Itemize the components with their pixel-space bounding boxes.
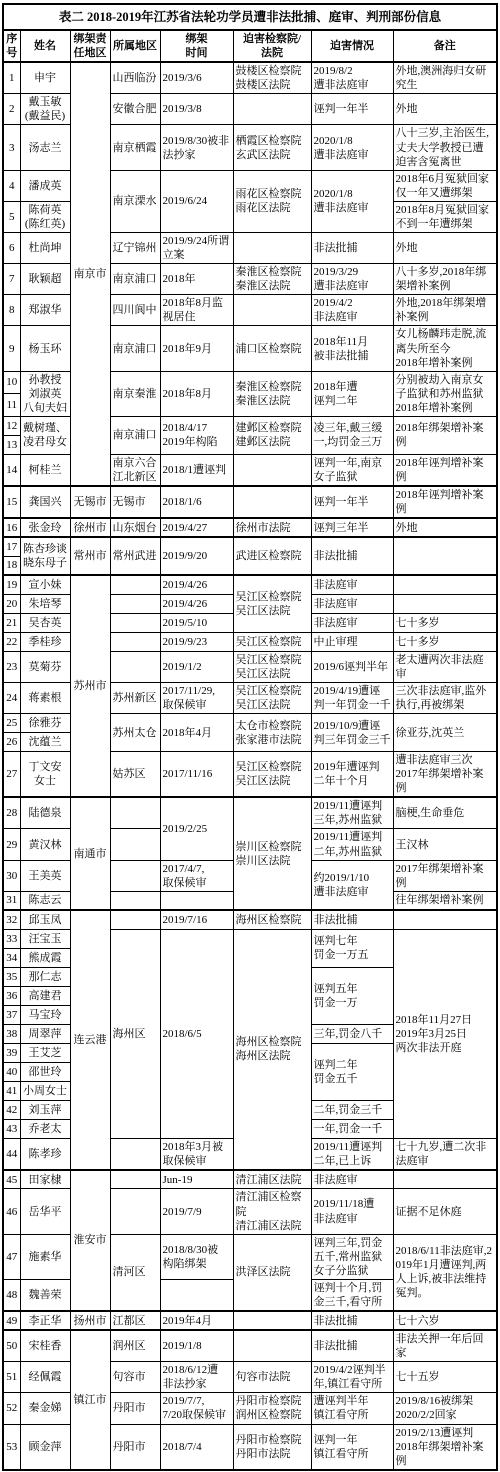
table-head: 表二 2018-2019年江苏省法轮功学员遭非法批捕、庭审、判刑部份信息序号姓名… bbox=[3, 4, 497, 62]
persecution-cell: 非法批捕 bbox=[311, 233, 393, 264]
district-cell bbox=[110, 1138, 160, 1170]
row-number-cell: 14 bbox=[3, 454, 20, 486]
column-header: 迫害检察院/ 法院 bbox=[233, 30, 311, 62]
row-number-cell: 44 bbox=[3, 1138, 20, 1170]
note-cell: 分别被劫入南京女子监狱和苏州监狱 2018年增补案例 bbox=[393, 371, 497, 416]
time-cell: 2019/6/24 bbox=[160, 170, 233, 232]
row-number-cell: 22 bbox=[3, 632, 20, 651]
name-cell: 孙教授 刘淑英 八旬夫妇 bbox=[20, 371, 70, 416]
note-cell: 2017年绑架增补案例 bbox=[393, 860, 497, 891]
note-cell: 2018年8月冤狱回家不到一年遭绑架 bbox=[393, 201, 497, 232]
district-cell: 丹阳市 bbox=[110, 1393, 160, 1424]
name-cell: 莫菊芬 bbox=[20, 651, 70, 682]
persecution-cell: 诬判三年,罚金五千,常州监狱女子分监狱 bbox=[311, 1234, 393, 1279]
persecution-cell: 约2019/1/10 遭非法庭审 bbox=[311, 860, 393, 910]
row-number-cell: 42 bbox=[3, 1100, 20, 1119]
note-cell: 非法关押一年后回家 bbox=[393, 1330, 497, 1362]
court-cell: 句容市法院 bbox=[233, 1362, 311, 1393]
time-cell: 2019年4月 bbox=[160, 1311, 233, 1330]
region-cell: 南京市 bbox=[70, 62, 110, 486]
name-cell: 龚国兴 bbox=[20, 486, 70, 518]
row-number-cell: 33 bbox=[3, 929, 20, 948]
name-cell: 陈孝珍 bbox=[20, 1138, 70, 1170]
time-cell: 2018/6/5 bbox=[160, 929, 233, 1138]
district-cell: 南京浦口 bbox=[110, 416, 160, 454]
time-cell: 2019/4/26 bbox=[160, 594, 233, 613]
district-cell bbox=[110, 575, 160, 594]
row-number-cell: 12 bbox=[3, 416, 20, 435]
note-cell: 王汉林 bbox=[393, 829, 497, 860]
row-number-cell: 16 bbox=[3, 518, 20, 537]
court-cell bbox=[233, 295, 311, 326]
name-cell: 杜尚坤 bbox=[20, 233, 70, 264]
persecution-cell: 诬判五年 罚金一万 bbox=[311, 967, 393, 1024]
name-cell: 田家棣 bbox=[20, 1170, 70, 1189]
persecution-cell: 诬判二年 罚金五千 bbox=[311, 1043, 393, 1100]
name-cell: 杨玉环 bbox=[20, 326, 70, 371]
district-cell: 姑苏区 bbox=[110, 752, 160, 798]
district-cell: 南京溧水 bbox=[110, 170, 160, 232]
name-cell: 郑淑华 bbox=[20, 295, 70, 326]
persecution-cell: 非法批捕 bbox=[311, 910, 393, 929]
note-cell: 外地 bbox=[393, 518, 497, 537]
table-row: 16张金玲徐州市山东烟台2019/4/27徐州市法院诬判三年半外地 bbox=[3, 518, 497, 537]
table-row: 32邱玉凤连云港2019/7/16海州区检察院非法批捕 bbox=[3, 910, 497, 929]
time-cell: 2018/4/17 2019年构陷 bbox=[160, 416, 233, 454]
district-cell: 四川阆中 bbox=[110, 295, 160, 326]
name-cell: 季桂珍 bbox=[20, 632, 70, 651]
name-cell: 陈荷英 (陈红英) bbox=[20, 201, 70, 232]
persecution-cell: 2019/4/2 非法庭审 bbox=[311, 295, 393, 326]
time-cell: 2018年4月 bbox=[160, 714, 233, 752]
persecution-cell: 二年,罚金三千 bbox=[311, 1100, 393, 1119]
table-row: 1申宇南京市山西临汾2019/3/6鼓楼区检察院 鼓楼区法院2019/8/2 遭… bbox=[3, 62, 497, 94]
district-cell: 南京浦口 bbox=[110, 326, 160, 371]
persecution-cell: 中止审理 bbox=[311, 632, 393, 651]
district-cell bbox=[110, 594, 160, 613]
court-cell: 海州区检察院 海州区法院 bbox=[233, 929, 311, 1170]
time-cell: 2019/7/16 bbox=[160, 910, 233, 929]
name-cell: 戴玉敏 (戴益民) bbox=[20, 94, 70, 125]
persecution-cell: 三年,罚金八千 bbox=[311, 1024, 393, 1043]
column-header: 姓名 bbox=[20, 30, 70, 62]
court-cell: 清江浦区法院 bbox=[233, 1170, 311, 1189]
name-cell: 乔老太 bbox=[20, 1119, 70, 1138]
note-cell: 七十五岁 bbox=[393, 1362, 497, 1393]
row-number-cell: 26 bbox=[3, 733, 20, 752]
row-number-cell: 34 bbox=[3, 948, 20, 967]
district-cell: 山东烟台 bbox=[110, 518, 160, 537]
row-number-cell: 4 bbox=[3, 170, 20, 201]
table-row: 50宋桂香镇江市润州区2019/1/8非法批捕非法关押一年后回家 bbox=[3, 1330, 497, 1362]
district-cell: 句容市 bbox=[110, 1362, 160, 1393]
persecution-cell: 非法批捕 bbox=[311, 1330, 393, 1362]
name-cell: 秦金娣 bbox=[20, 1393, 70, 1424]
time-cell: 2019/9/20 bbox=[160, 537, 233, 575]
district-cell: 清河区 bbox=[110, 1234, 160, 1311]
time-cell: 2018/6/12遭 非法抄家 bbox=[160, 1362, 233, 1393]
name-cell: 施素华 bbox=[20, 1234, 70, 1279]
note-cell bbox=[393, 575, 497, 594]
persecution-cell: 非法批捕 bbox=[311, 537, 393, 575]
region-cell: 苏州市 bbox=[70, 575, 110, 797]
time-cell: 2019/2/25 bbox=[160, 797, 233, 860]
row-number-cell: 38 bbox=[3, 1024, 20, 1043]
note-cell: 2018年11月27日 2019年3月25日 两次非法开庭 bbox=[393, 929, 497, 1138]
persecution-cell: 2019/4/2诬判半年,镇江看守所 bbox=[311, 1362, 393, 1393]
district-cell: 无锡市 bbox=[110, 486, 160, 518]
court-cell bbox=[233, 486, 311, 518]
note-cell: 三次非法庭审,监外执行,再被绑架 bbox=[393, 682, 497, 713]
name-cell: 李正华 bbox=[20, 1311, 70, 1330]
district-cell: 南京浦口 bbox=[110, 264, 160, 295]
row-number-cell: 37 bbox=[3, 1005, 20, 1024]
court-cell: 崇川区检察院 崇川区法院 bbox=[233, 797, 311, 910]
note-cell bbox=[393, 537, 497, 575]
time-cell: 2018/8/30被 构陷绑架 bbox=[160, 1234, 233, 1279]
row-number-cell: 25 bbox=[3, 714, 20, 733]
row-number-cell: 46 bbox=[3, 1189, 20, 1234]
persecution-cell: 2019/11/18遭 非法庭审 bbox=[311, 1189, 393, 1234]
row-number-cell: 52 bbox=[3, 1393, 20, 1424]
note-cell: 女儿杨麟玮走脱,流离失所至今 2018年增补案例 bbox=[393, 326, 497, 371]
column-header: 序号 bbox=[3, 30, 20, 62]
row-number-cell: 48 bbox=[3, 1279, 20, 1311]
name-cell: 黄汉林 bbox=[20, 829, 70, 860]
note-cell: 外地,2018年绑架增补案例 bbox=[393, 295, 497, 326]
court-cell: 洪泽区法院 bbox=[233, 1234, 311, 1311]
persecution-cell: 诬判一年半 bbox=[311, 486, 393, 518]
persecution-cell: 非法庭审 bbox=[311, 613, 393, 632]
persecution-cell: 一年,罚金一千 bbox=[311, 1119, 393, 1138]
district-cell: 苏州太仓 bbox=[110, 714, 160, 752]
note-cell: 2018年6月冤狱回家仅一年又遭绑架 bbox=[393, 170, 497, 201]
name-cell: 王美英 bbox=[20, 860, 70, 891]
note-cell: 2018年诬判增补案例 bbox=[393, 454, 497, 486]
table-row: 49李正华扬州市江都区2019年4月非法批捕七十六岁 bbox=[3, 1311, 497, 1330]
region-cell: 镇江市 bbox=[70, 1330, 110, 1470]
persecution-cell: 诬判七年 罚金一万五 bbox=[311, 929, 393, 967]
note-cell: 脑梗,生命垂危 bbox=[393, 797, 497, 829]
court-cell: 秦淮区检察院 秦淮区法院 bbox=[233, 371, 311, 416]
note-cell: 徐亚芬,沈英兰 bbox=[393, 714, 497, 752]
row-number-cell: 32 bbox=[3, 910, 20, 929]
court-cell: 浦口区检察院 bbox=[233, 326, 311, 371]
court-cell: 建邺区检察院 建邺区法院 bbox=[233, 416, 311, 454]
time-cell bbox=[160, 1279, 233, 1311]
district-cell bbox=[110, 1170, 160, 1189]
persecution-cell: 诬判一年 镇江看守所 bbox=[311, 1424, 393, 1470]
row-number-cell: 21 bbox=[3, 613, 20, 632]
district-cell bbox=[110, 891, 160, 910]
name-cell: 申宇 bbox=[20, 62, 70, 94]
court-cell: 海州区检察院 bbox=[233, 910, 311, 929]
table-title: 表二 2018-2019年江苏省法轮功学员遭非法批捕、庭审、判刑部份信息 bbox=[3, 4, 497, 30]
time-cell: 2019/3/6 bbox=[160, 62, 233, 94]
name-cell: 魏善荣 bbox=[20, 1279, 70, 1311]
note-cell bbox=[393, 1170, 497, 1189]
district-cell: 苏州新区 bbox=[110, 682, 160, 713]
row-number-cell: 13 bbox=[3, 435, 20, 454]
note-cell: 2018/6/11非法庭审,2019年1月遭诬判,两人上诉,被非法维持冤判。 bbox=[393, 1234, 497, 1311]
time-cell: 2019/9/23 bbox=[160, 632, 233, 651]
name-cell: 张金玲 bbox=[20, 518, 70, 537]
name-cell: 朱培琴 bbox=[20, 594, 70, 613]
persecution-cell: 凌三年,戴三缓一,均罚金三万 bbox=[311, 416, 393, 454]
time-cell: 2018年8月 bbox=[160, 371, 233, 416]
name-cell: 沈蕴兰 bbox=[20, 733, 70, 752]
row-number-cell: 27 bbox=[3, 752, 20, 798]
persecution-table: 表二 2018-2019年江苏省法轮功学员遭非法批捕、庭审、判刑部份信息序号姓名… bbox=[2, 3, 498, 1471]
name-cell: 耿颖超 bbox=[20, 264, 70, 295]
court-cell: 清江浦区检察院 清江浦区法院 bbox=[233, 1189, 311, 1234]
time-cell: 2019/9/24所谓立案 bbox=[160, 233, 233, 264]
row-number-cell: 11 bbox=[3, 394, 20, 417]
name-cell: 陈杏珍谈 晓东母子 bbox=[20, 537, 70, 575]
name-cell: 戴树瑾、 凌君母女 bbox=[20, 416, 70, 454]
time-cell: 2019/1/8 bbox=[160, 1330, 233, 1362]
persecution-cell: 非法庭审 bbox=[311, 594, 393, 613]
name-cell: 那仁志 bbox=[20, 967, 70, 986]
persecution-cell: 2019/11遭诬判三年,苏州监狱 bbox=[311, 797, 393, 829]
court-cell: 吴江区检察院 吴江区法院 bbox=[233, 682, 311, 713]
persecution-cell: 诬判十个月,罚金三千,看守所 bbox=[311, 1279, 393, 1311]
name-cell: 邵世玲 bbox=[20, 1062, 70, 1081]
note-cell: 2018年诬判增补案例 bbox=[393, 486, 497, 518]
time-cell: 2018年3月被 取保候审 bbox=[160, 1138, 233, 1170]
name-cell: 顾金萍 bbox=[20, 1424, 70, 1470]
persecution-cell: 2019/6诬判半年 bbox=[311, 651, 393, 682]
district-cell bbox=[110, 829, 160, 860]
persecution-cell: 2019/11遭诬判二年,苏州监狱 bbox=[311, 829, 393, 860]
court-cell bbox=[233, 94, 311, 125]
district-cell bbox=[110, 651, 160, 682]
name-cell: 汤志兰 bbox=[20, 125, 70, 170]
row-number-cell: 28 bbox=[3, 797, 20, 829]
persecution-cell: 2019/10/9遭诬判三年罚金三千 bbox=[311, 714, 393, 752]
table-row: 45田家棣淮安市Jun-19清江浦区法院非法庭审 bbox=[3, 1170, 497, 1189]
district-cell bbox=[110, 613, 160, 632]
row-number-cell: 1 bbox=[3, 62, 20, 94]
name-cell: 刘玉萍 bbox=[20, 1100, 70, 1119]
persecution-cell: 非法批捕 bbox=[311, 1311, 393, 1330]
name-cell: 宣小妹 bbox=[20, 575, 70, 594]
name-cell: 周翠萍 bbox=[20, 1024, 70, 1043]
time-cell: 2018/7/4 bbox=[160, 1424, 233, 1470]
persecution-cell: 诬判一年半 bbox=[311, 94, 393, 125]
row-number-cell: 15 bbox=[3, 486, 20, 518]
time-cell: 2018年8月监视居住 bbox=[160, 295, 233, 326]
time-cell: 2019/1/2 bbox=[160, 651, 233, 682]
time-cell: Jun-19 bbox=[160, 1170, 233, 1189]
note-cell bbox=[393, 910, 497, 929]
name-cell: 丁文安 女士 bbox=[20, 752, 70, 798]
district-cell: 海州区 bbox=[110, 929, 160, 1138]
court-cell: 吴江区检察院 吴江区法院 bbox=[233, 575, 311, 632]
court-cell bbox=[233, 454, 311, 486]
table-row: 19宣小妹苏州市2019/4/26吴江区检察院 吴江区法院非法庭审 bbox=[3, 575, 497, 594]
persecution-cell: 2019/3/29 遭非法庭审 bbox=[311, 264, 393, 295]
court-cell: 太仓市检察院 张家港市法院 bbox=[233, 714, 311, 752]
persecution-cell: 非法庭审 bbox=[311, 1170, 393, 1189]
time-cell: 2018年 bbox=[160, 264, 233, 295]
note-cell: 2018年绑架增补案例 bbox=[393, 416, 497, 454]
persecution-cell: 诬判三年半 bbox=[311, 518, 393, 537]
region-cell: 无锡市 bbox=[70, 486, 110, 518]
court-cell bbox=[233, 1330, 311, 1362]
row-number-cell: 24 bbox=[3, 682, 20, 713]
row-number-cell: 5 bbox=[3, 201, 20, 232]
row-number-cell: 18 bbox=[3, 556, 20, 575]
time-cell: 2017/11/16 bbox=[160, 752, 233, 798]
row-number-cell: 2 bbox=[3, 94, 20, 125]
note-cell: 老太遭两次非法庭审 bbox=[393, 651, 497, 682]
name-cell: 柯桂兰 bbox=[20, 454, 70, 486]
note-cell: 遭非法庭审三次 2017年绑架增补案例 bbox=[393, 752, 497, 798]
persecution-cell: 遭诬判半年 镇江看守所 bbox=[311, 1393, 393, 1424]
time-cell: 2018/1/6 bbox=[160, 486, 233, 518]
row-number-cell: 10 bbox=[3, 371, 20, 394]
note-cell: 2019/2/13遭诬判 2018年绑架增补案例 bbox=[393, 1424, 497, 1470]
court-cell bbox=[233, 1311, 311, 1330]
time-cell: 2017/11/29, 取保候审 bbox=[160, 682, 233, 713]
row-number-cell: 43 bbox=[3, 1119, 20, 1138]
name-cell: 蒋素根 bbox=[20, 682, 70, 713]
district-cell: 丹阳市 bbox=[110, 1424, 160, 1470]
note-cell bbox=[393, 594, 497, 613]
time-cell: 2019/7/7, 7/20取保候审 bbox=[160, 1393, 233, 1424]
time-cell: 2019/5/10 bbox=[160, 613, 233, 632]
row-number-cell: 36 bbox=[3, 986, 20, 1005]
region-cell: 南通市 bbox=[70, 797, 110, 910]
district-cell: 江都区 bbox=[110, 1311, 160, 1330]
court-cell: 雨花区检察院 雨花区法院 bbox=[233, 170, 311, 232]
persecution-cell: 2019/4/19遭诬判一年罚金一千 bbox=[311, 682, 393, 713]
name-cell: 陈志云 bbox=[20, 891, 70, 910]
row-number-cell: 6 bbox=[3, 233, 20, 264]
note-cell: 七十九岁,遭二次非法庭审 bbox=[393, 1138, 497, 1170]
name-cell: 高建君 bbox=[20, 986, 70, 1005]
district-cell: 辽宁锦州 bbox=[110, 233, 160, 264]
court-cell: 丹阳市检察院 润州区检察院 bbox=[233, 1393, 311, 1424]
note-cell: 外地,澳洲海归女研究生 bbox=[393, 62, 497, 94]
row-number-cell: 23 bbox=[3, 651, 20, 682]
time-cell bbox=[160, 891, 233, 910]
district-cell: 山西临汾 bbox=[110, 62, 160, 94]
name-cell: 熊成霞 bbox=[20, 948, 70, 967]
region-cell: 常州市 bbox=[70, 537, 110, 575]
note-cell: 七十多岁 bbox=[393, 613, 497, 632]
region-cell: 徐州市 bbox=[70, 518, 110, 537]
time-cell: 2018年9月 bbox=[160, 326, 233, 371]
row-number-cell: 9 bbox=[3, 326, 20, 371]
row-number-cell: 31 bbox=[3, 891, 20, 910]
note-cell: 外地 bbox=[393, 94, 497, 125]
district-cell: 常州武进 bbox=[110, 537, 160, 575]
time-cell: 2019/8/30被非法抄家 bbox=[160, 125, 233, 170]
region-cell: 连云港 bbox=[70, 910, 110, 1170]
name-cell: 马宝玲 bbox=[20, 1005, 70, 1024]
row-number-cell: 40 bbox=[3, 1062, 20, 1081]
note-cell: 七十多岁 bbox=[393, 632, 497, 651]
name-cell: 王艾芝 bbox=[20, 1043, 70, 1062]
court-cell bbox=[233, 233, 311, 264]
district-cell: 南京六合 江北新区 bbox=[110, 454, 160, 486]
table-row: 17陈杏珍谈 晓东母子常州市常州武进2019/9/20武进区检察院非法批捕 bbox=[3, 537, 497, 556]
persecution-cell: 2019/11遭诬判二年,已上诉 bbox=[311, 1138, 393, 1170]
time-cell: 2017/4/7, 取保候审 bbox=[160, 860, 233, 891]
persecution-cell: 2018年遭 诬判二年 bbox=[311, 371, 393, 416]
time-cell: 2019/3/8 bbox=[160, 94, 233, 125]
row-number-cell: 20 bbox=[3, 594, 20, 613]
time-cell: 2019/4/27 bbox=[160, 518, 233, 537]
time-cell: 2019/7/9 bbox=[160, 1189, 233, 1234]
note-cell: 证据不足休庭 bbox=[393, 1189, 497, 1234]
name-cell: 经佩霞 bbox=[20, 1362, 70, 1393]
column-header: 备注 bbox=[393, 30, 497, 62]
row-number-cell: 47 bbox=[3, 1234, 20, 1279]
note-cell: 2019/8/16被绑架 2020/2/2回家 bbox=[393, 1393, 497, 1424]
row-number-cell: 50 bbox=[3, 1330, 20, 1362]
region-cell: 淮安市 bbox=[70, 1170, 110, 1311]
note-cell: 往年绑架增补案例 bbox=[393, 891, 497, 910]
row-number-cell: 17 bbox=[3, 537, 20, 556]
column-header: 迫害情况 bbox=[311, 30, 393, 62]
court-cell: 鼓楼区检察院 鼓楼区法院 bbox=[233, 62, 311, 94]
region-cell: 扬州市 bbox=[70, 1311, 110, 1330]
persecution-cell: 非法庭审 bbox=[311, 575, 393, 594]
name-cell: 宋桂香 bbox=[20, 1330, 70, 1362]
document-sheet: 表二 2018-2019年江苏省法轮功学员遭非法批捕、庭审、判刑部份信息序号姓名… bbox=[0, 0, 500, 1472]
district-cell bbox=[110, 1189, 160, 1234]
court-cell: 丹阳市检察院 丹阳市法院 bbox=[233, 1424, 311, 1470]
name-cell: 邱玉凤 bbox=[20, 910, 70, 929]
time-cell: 2018/1遭诬判 bbox=[160, 454, 233, 486]
row-number-cell: 45 bbox=[3, 1170, 20, 1189]
column-header: 绑架责任地区 bbox=[70, 30, 110, 62]
row-number-cell: 7 bbox=[3, 264, 20, 295]
note-cell: 八十三岁,主治医生,丈夫大学教授已遭迫害含冤离世 bbox=[393, 125, 497, 170]
name-cell: 徐雅芬 bbox=[20, 714, 70, 733]
row-number-cell: 49 bbox=[3, 1311, 20, 1330]
name-cell: 吴杏英 bbox=[20, 613, 70, 632]
table-body: 1申宇南京市山西临汾2019/3/6鼓楼区检察院 鼓楼区法院2019/8/2 遭… bbox=[3, 62, 497, 1470]
note-cell: 八十多岁,2018年绑架增补案例 bbox=[393, 264, 497, 295]
court-cell: 吴江区检察院 吴江区法院 bbox=[233, 752, 311, 798]
district-cell bbox=[110, 860, 160, 891]
table-row: 28陆德泉南通市2019/2/25崇川区检察院 崇川区法院2019/11遭诬判三… bbox=[3, 797, 497, 829]
name-cell: 潘成英 bbox=[20, 170, 70, 201]
header-row: 序号姓名绑架责任地区所属地区绑架 时间迫害检察院/ 法院迫害情况备注 bbox=[3, 30, 497, 62]
court-cell: 徐州市法院 bbox=[233, 518, 311, 537]
district-cell bbox=[110, 797, 160, 829]
court-cell: 武进区检察院 bbox=[233, 537, 311, 575]
persecution-cell: 2020/1/8 遭非法庭审 bbox=[311, 170, 393, 232]
persecution-cell: 2020/1/8 遭非法庭审 bbox=[311, 125, 393, 170]
name-cell: 岳华平 bbox=[20, 1189, 70, 1234]
court-cell: 秦淮区检察院 秦淮区法院 bbox=[233, 264, 311, 295]
row-number-cell: 19 bbox=[3, 575, 20, 594]
name-cell: 陆德泉 bbox=[20, 797, 70, 829]
persecution-cell: 2019/8/2 遭非法庭审 bbox=[311, 62, 393, 94]
row-number-cell: 3 bbox=[3, 125, 20, 170]
note-cell: 外地 bbox=[393, 233, 497, 264]
court-cell: 栖霞区检察院 玄武区法院 bbox=[233, 125, 311, 170]
district-cell: 南京秦淮 bbox=[110, 371, 160, 416]
row-number-cell: 8 bbox=[3, 295, 20, 326]
row-number-cell: 29 bbox=[3, 829, 20, 860]
district-cell: 南京栖霞 bbox=[110, 125, 160, 170]
